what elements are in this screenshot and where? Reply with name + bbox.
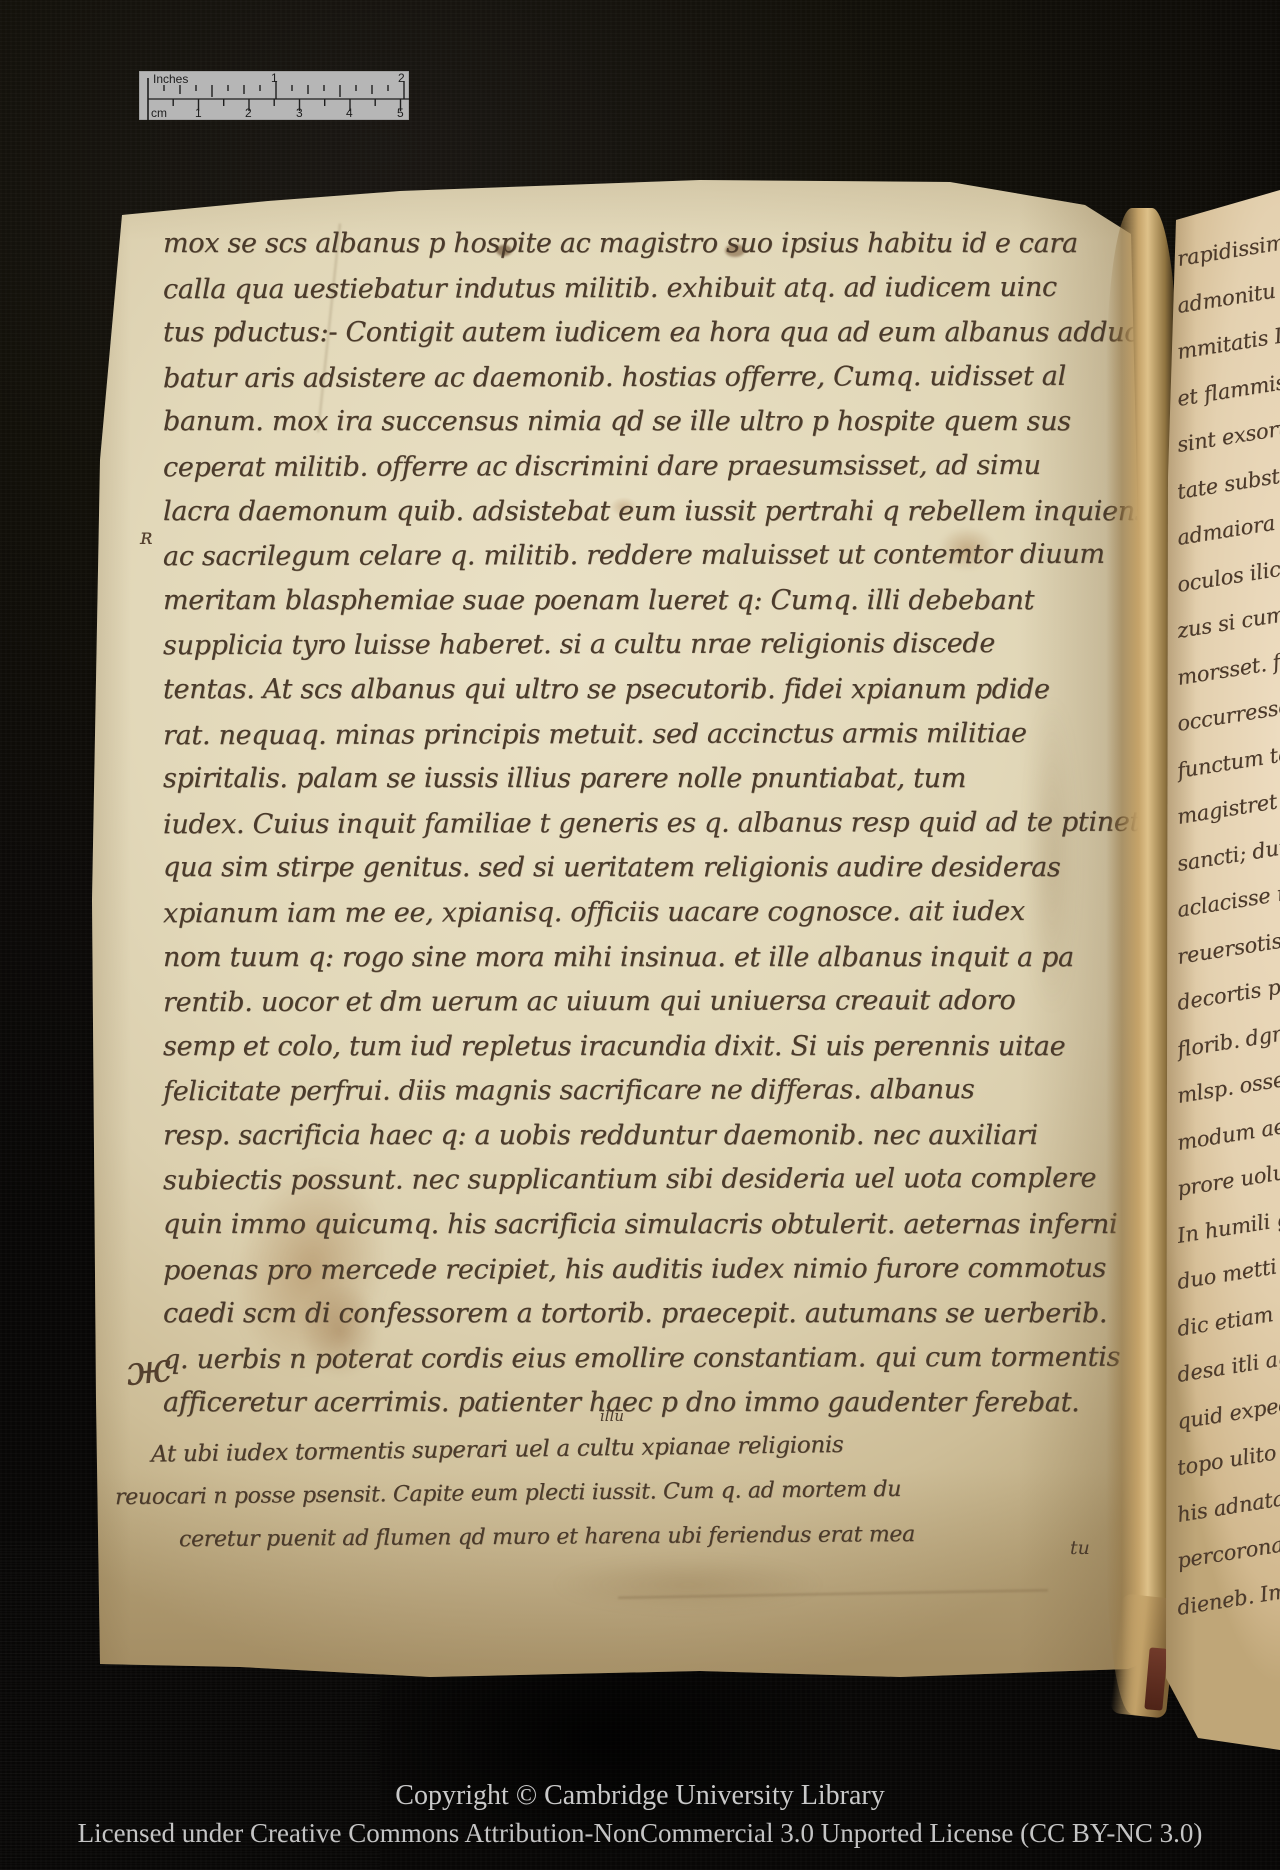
- manuscript-text-line: rentib. uocor et dm uerum ac uiuum qui u…: [163, 979, 1098, 1026]
- manuscript-text-line: calla qua uestiebatur indutus militib. e…: [163, 265, 1098, 312]
- ruler-cm-number-5: 5: [397, 106, 404, 120]
- measuring-ruler: Inches 1 2 cm 1 2 3 4 5: [139, 71, 409, 120]
- manuscript-text-line: felicitate perfrui. diis magnis sacrific…: [163, 1068, 1098, 1115]
- manuscript-text-line: ceretur puenit ad flumen qd muro et hare…: [179, 1512, 1098, 1563]
- manuscript-text-line: q. uerbis n poterat cordis eius emollire…: [163, 1336, 1098, 1383]
- ruler-cm-number-3: 3: [296, 106, 303, 120]
- ruler-cm-number-2: 2: [245, 106, 252, 120]
- manuscript-text-line: quin immo quicumq. his sacrificia simula…: [163, 1203, 1098, 1248]
- manuscript-text-line: banum. mox ira succensus nimia qd se ill…: [163, 400, 1098, 445]
- manuscript-text-line: afficeretur acerrimis. patienter haec p …: [163, 1381, 1098, 1426]
- manuscript-left-page: mox se scs albanus p hospite ac magistro…: [88, 165, 1158, 1680]
- parchment-smudge: [553, 1557, 823, 1612]
- manuscript-text-line: ceperat militib. offerre ac discrimini d…: [163, 444, 1098, 491]
- manuscript-text-block: mox se scs albanus p hospite ac magistro…: [163, 222, 1098, 1560]
- manuscript-text-line: qua sim stirpe genitus. sed si ueritatem…: [163, 846, 1098, 891]
- copyright-caption: Copyright © Cambridge University Library: [0, 1780, 1280, 1812]
- manuscript-text-line: subiectis possunt. nec supplicantium sib…: [163, 1157, 1098, 1204]
- license-caption: Licensed under Creative Commons Attribut…: [0, 1818, 1280, 1849]
- manuscript-text-line: xpianum iam me ee, xpianisq. officiis ua…: [163, 890, 1098, 937]
- manuscript-text-line: resp. sacrificia haec q: a uobis reddunt…: [163, 1114, 1098, 1159]
- manuscript-text-line: caedi scm di confessorem a tortorib. pra…: [163, 1292, 1098, 1337]
- manuscript-text-line: semp et colo, tum iud repletus iracundia…: [163, 1025, 1098, 1070]
- manuscript-text-line: tentas. At scs albanus qui ultro se psec…: [163, 668, 1098, 713]
- marginal-cross-mark: ж: [124, 1345, 174, 1396]
- catchword-tu: tu: [1070, 1537, 1090, 1559]
- marginal-r-mark: ʀ: [140, 525, 153, 550]
- right-page-text-block: rapidissimo diadmonitu rusmmitatis Insig…: [1178, 236, 1280, 1631]
- manuscript-text-line: nom tuum q: rogo sine mora mihi insinua.…: [163, 936, 1098, 981]
- manuscript-text-line: iudex. Cuius inquit familiae t generis e…: [163, 800, 1098, 847]
- ruler-cm-number-1: 1: [195, 106, 202, 120]
- manuscript-text-line: mox se scs albanus p hospite ac magistro…: [163, 222, 1098, 267]
- interlinear-gloss: illū: [600, 1407, 624, 1425]
- manuscript-text-line: poenas pro mercede recipiet, his auditis…: [163, 1246, 1098, 1293]
- manuscript-text-line: lacra daemonum quib. adsistebat eum iuss…: [163, 490, 1098, 535]
- ruler-cm-label: cm: [151, 106, 167, 120]
- manuscript-text-line: spiritalis. palam se iussis illius parer…: [163, 757, 1098, 802]
- manuscript-text-line: tus pductus:- Contigit autem iudicem ea …: [163, 311, 1098, 356]
- ruler-inches-label: Inches: [153, 72, 188, 86]
- manuscript-text-line: supplicia tyro luisse haberet. si a cult…: [163, 622, 1098, 669]
- manuscript-photo: Inches 1 2 cm 1 2 3 4 5 mox se scs alban…: [0, 0, 1280, 1870]
- ruler-cm-number-4: 4: [346, 106, 353, 120]
- manuscript-text-line: meritam blasphemiae suae poenam lueret q…: [163, 579, 1098, 624]
- manuscript-text-line: rat. nequaq. minas principis metuit. sed…: [163, 711, 1098, 758]
- parchment-crease: [618, 1589, 1048, 1599]
- manuscript-right-page: rapidissimo diadmonitu rusmmitatis Insig…: [1160, 178, 1280, 1763]
- ruler-inch-number-2: 2: [398, 71, 405, 85]
- manuscript-text-line: ac sacrilegum celare q. militib. reddere…: [163, 533, 1098, 580]
- manuscript-text-line: batur aris adsistere ac daemonib. hostia…: [163, 355, 1098, 402]
- ruler-inch-number-1: 1: [271, 71, 278, 85]
